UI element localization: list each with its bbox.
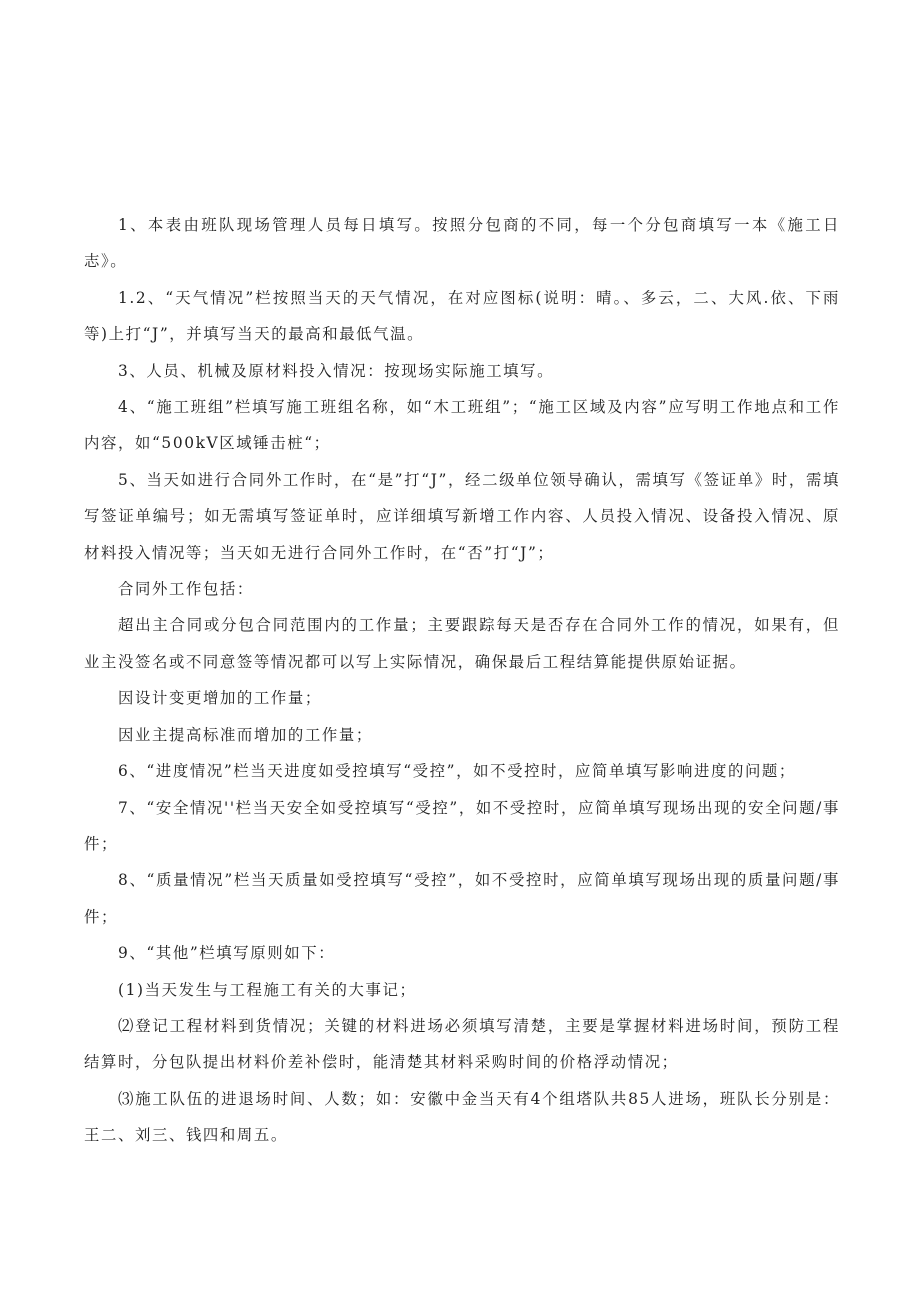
paragraph-item-9: 9、“其他”栏填写原则如下：: [84, 935, 840, 971]
paragraph-sub-1: (1)当天发生与工程施工有关的大事记；: [84, 972, 840, 1008]
paragraph-item-8: 8、“质量情况”栏当天质量如受控填写“受控”，如不受控时，应简单填写现场出现的质…: [84, 862, 840, 935]
paragraph-item-1: 1、本表由班队现场管理人员每日填写。按照分包商的不同，每一个分包商填写一本《施工…: [84, 207, 840, 280]
paragraph-design-change: 因设计变更增加的工作量；: [84, 680, 840, 716]
paragraph-item-3: 3、人员、机械及原材料投入情况：按现场实际施工填写。: [84, 353, 840, 389]
document-page: 1、本表由班队现场管理人员每日填写。按照分包商的不同，每一个分包商填写一本《施工…: [84, 207, 840, 1154]
paragraph-item-5: 5、当天如进行合同外工作时，在“是”打“J”，经二级单位领导确认，需填写《签证单…: [84, 462, 840, 571]
paragraph-sub-3: ⑶施工队伍的进退场时间、人数；如：安徽中金当天有4个组塔队共85人进场，班队长分…: [84, 1081, 840, 1154]
paragraph-owner-standard: 因业主提高标准而增加的工作量；: [84, 717, 840, 753]
paragraph-item-7: 7、“安全情况''栏当天安全如受控填写“受控”，如不受控时，应简单填写现场出现的…: [84, 790, 840, 863]
paragraph-item-6: 6、“进度情况”栏当天进度如受控填写“受控”，如不受控时，应简单填写影响进度的问…: [84, 753, 840, 789]
paragraph-sub-2: ⑵登记工程材料到货情况；关键的材料进场必须填写清楚，主要是掌握材料进场时间，预防…: [84, 1008, 840, 1081]
paragraph-weather: 1.2、“天气情况”栏按照当天的天气情况，在对应图标(说明：晴。、多云，二、大风…: [84, 280, 840, 353]
paragraph-extra-work-scope: 超出主合同或分包合同范围内的工作量；主要跟踪每天是否存在合同外工作的情况，如果有…: [84, 607, 840, 680]
paragraph-extra-work-heading: 合同外工作包括：: [84, 571, 840, 607]
paragraph-item-4: 4、“施工班组”栏填写施工班组名称，如“木工班组”；“施工区域及内容”应写明工作…: [84, 389, 840, 462]
